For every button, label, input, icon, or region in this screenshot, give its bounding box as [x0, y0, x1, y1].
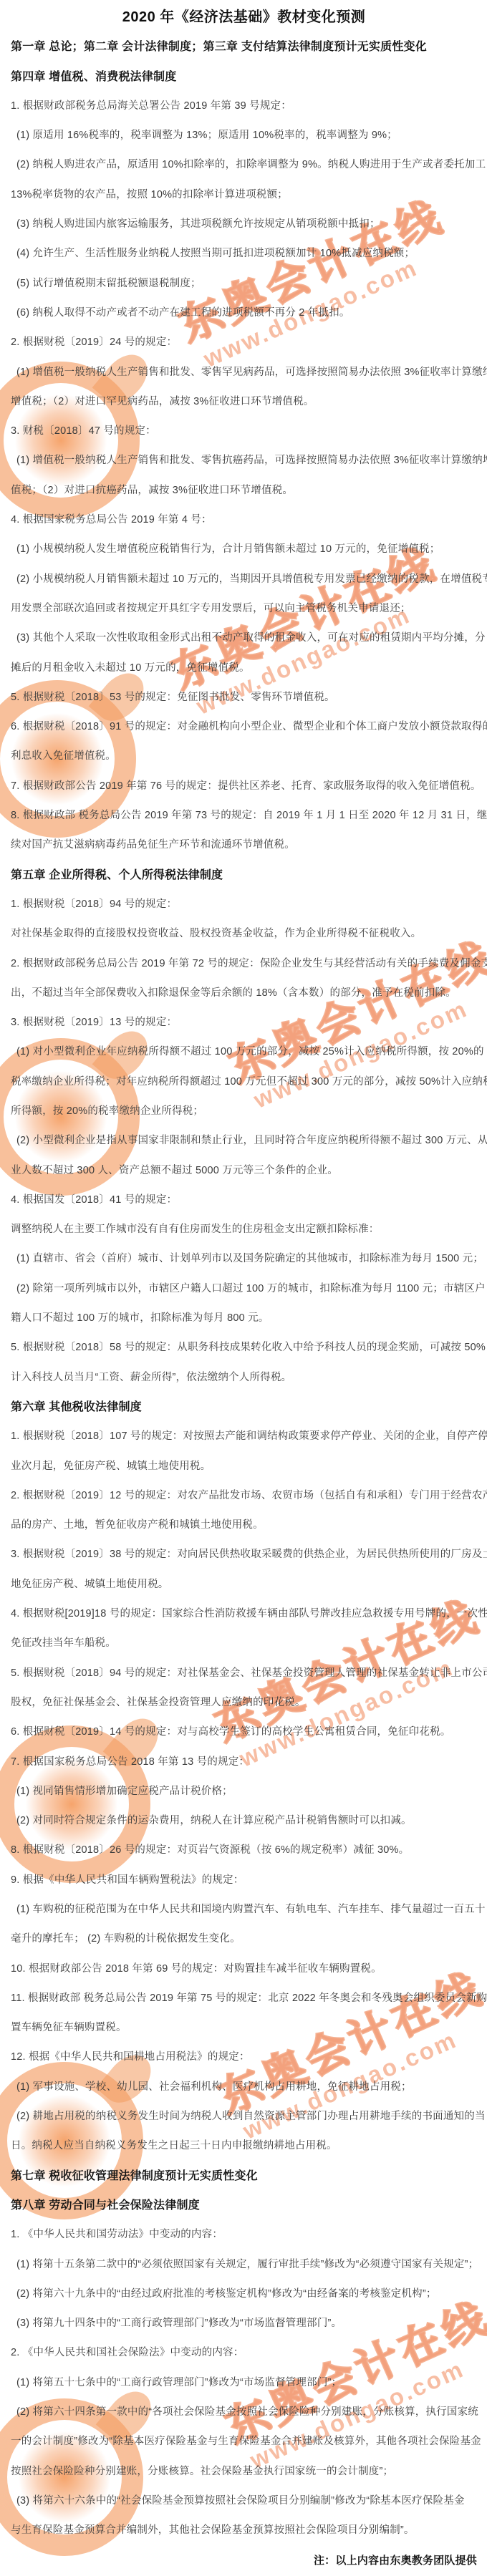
- text-line: 2. 根据财税〔2019〕24 号的规定：: [11, 328, 477, 357]
- chapter-heading: 第七章 税收征收管理法律制度预计无实质性变化: [11, 2161, 477, 2191]
- text-line: (4) 允许生产、生活性服务业纳税人按照当期可抵扣进项税额加计 10%抵减应纳税…: [11, 239, 477, 268]
- text-line: 1. 根据财税〔2018〕94 号的规定：: [11, 890, 477, 919]
- page-title: 2020 年《经济法基础》教材变化预测: [11, 3, 477, 32]
- text-line: (6) 纳税人取得不动产或者不动产在建工程的进项税额不再分 2 年抵扣。: [11, 299, 477, 328]
- text-line: (2) 纳税人购进农产品，原适用 10%扣除率的，扣除率调整为 9%。纳税人购进…: [11, 150, 477, 180]
- text-line: (3) 其他个人采取一次性收取租金形式出租不动产取得的租金收入，可在对应的租赁期…: [11, 624, 477, 653]
- text-line: 13%税率货物的农产品，按照 10%的扣除率计算进项税额；: [11, 180, 477, 210]
- text-line: 业人数不超过 300 人、资产总额不超过 5000 万元等三个条件的企业。: [11, 1156, 477, 1186]
- text-line: 籍人口不超过 100 万的城市，扣除标准为每月 800 元。: [11, 1304, 477, 1333]
- text-line: 2. 根据财政部税务总局公告 2019 年第 72 号的规定：保险企业发生与其经…: [11, 949, 477, 979]
- text-line: (1) 视同销售情形增加确定应税产品计税价格；: [11, 1777, 477, 1806]
- text-line: 按照社会保险险种分别建账，分账核算。社会保险基金执行国家统一的会计制度”；: [11, 2457, 477, 2487]
- text-line: 增值税；（2）对进口罕见病药品，减按 3%征收进口环节增值税。: [11, 387, 477, 417]
- text-line: (3) 纳税人购进国内旅客运输服务，其进项税额允许按规定从销项税额中抵扣；: [11, 210, 477, 239]
- text-line: (1) 增值税一般纳税人生产销售和批发、零售抗癌药品，可选择按照简易办法依照 3…: [11, 446, 477, 475]
- text-line: 3. 财税〔2018〕47 号的规定：: [11, 417, 477, 446]
- text-line: 11. 根据财政部 税务总局公告 2019 年第 75 号的规定：北京 2022…: [11, 1984, 477, 2013]
- text-line: 利息收入免征增值税。: [11, 742, 477, 771]
- text-line: (2) 将第六十九条中的“由经过政府批准的考核鉴定机构”修改为“由经备案的考核鉴…: [11, 2280, 477, 2309]
- text-line: 一的会计制度”修改为“除基本医疗保险基金与生育保险基金合并建账及核算外，其他各项…: [11, 2427, 477, 2456]
- text-line: 1. 根据财税〔2018〕107 号的规定：对按照去产能和调结构政策要求停产停业…: [11, 1422, 477, 1451]
- text-line: (1) 军事设施、学校、幼儿园、社会福利机构、医疗机构占用耕地，免征耕地占用税；: [11, 2073, 477, 2102]
- text-line: 与生育保险基金预算合并编制外，其他社会保险基金预算按照社会保险项目分别编制”。: [11, 2516, 477, 2545]
- text-line: 用发票全部联次追回或者按规定开具红字专用发票后，可以向主管税务机关申请退还；: [11, 594, 477, 624]
- text-line: 股权，免征社保基金会、社保基金投资管理人应缴纳的印花税。: [11, 1688, 477, 1718]
- text-line: 免征改挂当年车船税。: [11, 1629, 477, 1658]
- text-line: 出，不超过当年全部保费收入扣除退保金等后余额的 18%（含本数）的部分，准予在税…: [11, 979, 477, 1008]
- text-line: 4. 根据财税[2019]18 号的规定：国家综合性消防救援车辆由部队号牌改挂应…: [11, 1599, 477, 1629]
- text-line: (2) 除第一项所列城市以外，市辖区户籍人口超过 100 万的城市，扣除标准为每…: [11, 1274, 477, 1304]
- chapter-heading: 第四章 增值税、消费税法律制度: [11, 62, 477, 92]
- text-line: 计入科技人员当月“工资、薪金所得”，依法缴纳个人所得税。: [11, 1363, 477, 1393]
- text-line: 1. 《中华人民共和国劳动法》中变动的内容：: [11, 2220, 477, 2250]
- text-line: (1) 车购税的征税范围为在中华人民共和国境内购置汽车、有轨电车、汽车挂车、排气…: [11, 1895, 477, 1924]
- text-line: 7. 根据国家税务总局公告 2018 年第 13 号的规定：: [11, 1748, 477, 1777]
- text-line: 3. 根据财税〔2019〕38 号的规定：对向居民供热收取采暖费的供热企业，为居…: [11, 1540, 477, 1569]
- chapter-heading: 第一章 总论；第二章 会计法律制度；第三章 支付结算法律制度预计无实质性变化: [11, 32, 477, 62]
- text-line: 4. 根据国家税务总局公告 2019 年第 4 号：: [11, 505, 477, 535]
- text-line: 置车辆免征车辆购置税。: [11, 2013, 477, 2043]
- text-line: 12. 根据《中华人民共和国耕地占用税法》的规定：: [11, 2043, 477, 2072]
- text-line: 值税；（2）对进口抗癌药品，减按 3%征收进口环节增值税。: [11, 476, 477, 505]
- text-line: 5. 根据财税〔2018〕58 号的规定：从职务科技成果转化收入中给予科技人员的…: [11, 1333, 477, 1362]
- document-lines: 第一章 总论；第二章 会计法律制度；第三章 支付结算法律制度预计无实质性变化第四…: [11, 32, 477, 2575]
- text-line: (1) 将第十五条第二款中的“必须依照国家有关规定，履行审批手续”修改为“必须遵…: [11, 2250, 477, 2280]
- text-line: 6. 根据财税〔2019〕14 号的规定：对与高校学生签订的高校学生公寓租赁合同…: [11, 1718, 477, 1747]
- document-page: 东奥会计在线 www.dongao.com 东奥会计在线 www.dongao.…: [0, 0, 487, 2576]
- text-line: 所得额，按 20%的税率缴纳企业所得税；: [11, 1097, 477, 1126]
- text-line: 对社保基金取得的直接股权投资收益、股权投资基金收益，作为企业所得税不征税收入。: [11, 919, 477, 949]
- note-line: 注：以上内容由东奥教务团队提供: [11, 2546, 477, 2575]
- text-line: 地免征房产税、城镇土地使用税。: [11, 1570, 477, 1599]
- text-line: 7. 根据财政部公告 2019 年第 76 号的规定：提供社区养老、托育、家政服…: [11, 772, 477, 801]
- text-line: (1) 将第五十七条中的“工商行政管理部门”修改为“市场监督管理部门”；: [11, 2368, 477, 2398]
- chapter-heading: 第五章 企业所得税、个人所得税法律制度: [11, 861, 477, 890]
- text-line: 1. 根据财政部税务总局海关总署公告 2019 年第 39 号规定：: [11, 92, 477, 121]
- text-line: 3. 根据财税〔2019〕13 号的规定：: [11, 1008, 477, 1037]
- text-line: 业次月起，免征房产税、城镇土地使用税。: [11, 1452, 477, 1481]
- text-line: 品的房产、土地，暂免征收房产税和城镇土地使用税。: [11, 1511, 477, 1540]
- text-line: 毫升的摩托车； (2) 车购税的计税依据发生变化。: [11, 1924, 477, 1954]
- text-line: (2) 将第六十四条第一款中的“各项社会保险基金按照社会保险险种分别建账，分账核…: [11, 2398, 477, 2427]
- text-line: 摊后的月租金收入未超过 10 万元的，免征增值税。: [11, 654, 477, 683]
- text-line: (1) 对小型微利企业年应纳税所得额不超过 100 万元的部分，减按 25%计入…: [11, 1037, 477, 1067]
- text-line: 8. 根据财税〔2018〕26 号的规定：对页岩气资源税（按 6%的规定税率）减…: [11, 1836, 477, 1865]
- text-line: 2. 根据财税〔2019〕12 号的规定：对农产品批发市场、农贸市场（包括自有和…: [11, 1481, 477, 1511]
- text-line: (2) 小型微利企业是指从事国家非限制和禁止行业，且同时符合年度应纳税所得额不超…: [11, 1126, 477, 1156]
- text-line: 4. 根据国发〔2018〕41 号的规定：: [11, 1186, 477, 1215]
- text-line: 5. 根据财税〔2018〕94 号的规定：对社保基金会、社保基金投资管理人管理的…: [11, 1659, 477, 1688]
- text-line: 5. 根据财税〔2018〕53 号的规定：免征图书批发、零售环节增值税。: [11, 683, 477, 712]
- text-line: (5) 试行增值税期末留抵税额退税制度；: [11, 269, 477, 299]
- text-line: 6. 根据财税〔2018〕91 号的规定：对金融机构向小型企业、微型企业和个体工…: [11, 712, 477, 742]
- text-line: 调整纳税人在主要工作城市没有自有住房而发生的住房租金支出定额扣除标准：: [11, 1215, 477, 1244]
- text-line: 税率缴纳企业所得税；对年应纳税所得额超过 100 万元但不超过 300 万元的部…: [11, 1067, 477, 1097]
- text-line: (3) 将第九十四条中的“工商行政管理部门”修改为“市场监督管理部门”。: [11, 2309, 477, 2338]
- text-line: 10. 根据财政部公告 2018 年第 69 号的规定：对购置挂车减半征收车辆购…: [11, 1955, 477, 1984]
- text-line: (1) 原适用 16%税率的，税率调整为 13%；原适用 10%税率的，税率调整…: [11, 121, 477, 150]
- text-line: (3) 将第六十六条中的“社会保险基金预算按照社会保险项目分别编制”修改为“除基…: [11, 2487, 477, 2516]
- text-line: 日。纳税人应当自纳税义务发生之日起三十日内申报缴纳耕地占用税。: [11, 2131, 477, 2161]
- text-line: 2. 《中华人民共和国社会保险法》中变动的内容：: [11, 2338, 477, 2368]
- text-line: (1) 增值税一般纳税人生产销售和批发、零售罕见病药品，可选择按照简易办法依照 …: [11, 358, 477, 387]
- text-line: (2) 耕地占用税的纳税义务发生时间为纳税人收到自然资源主管部门办理占用耕地手续…: [11, 2102, 477, 2131]
- text-line: 9. 根据《中华人民共和国车辆购置税法》的规定：: [11, 1866, 477, 1895]
- text-line: (2) 小规模纳税人月销售额未超过 10 万元的，当期因开具增值税专用发票已经缴…: [11, 565, 477, 594]
- text-line: (1) 小规模纳税人发生增值税应税销售行为，合计月销售额未超过 10 万元的，免…: [11, 535, 477, 564]
- chapter-heading: 第六章 其他税收法律制度: [11, 1393, 477, 1422]
- text-line: 续对国产抗艾滋病病毒药品免征生产环节和流通环节增值税。: [11, 831, 477, 860]
- text-line: (2) 对同时符合规定条件的运杂费用，纳税人在计算应税产品计税销售额时可以扣减。: [11, 1806, 477, 1836]
- text-line: (1) 直辖市、省会（首府）城市、计划单列市以及国务院确定的其他城市，扣除标准为…: [11, 1244, 477, 1274]
- chapter-heading: 第八章 劳动合同与社会保险法律制度: [11, 2191, 477, 2220]
- document-content: 2020 年《经济法基础》教材变化预测 第一章 总论；第二章 会计法律制度；第三…: [0, 0, 487, 2575]
- text-line: 8. 根据财政部 税务总局公告 2019 年第 73 号的规定：自 2019 年…: [11, 801, 477, 831]
